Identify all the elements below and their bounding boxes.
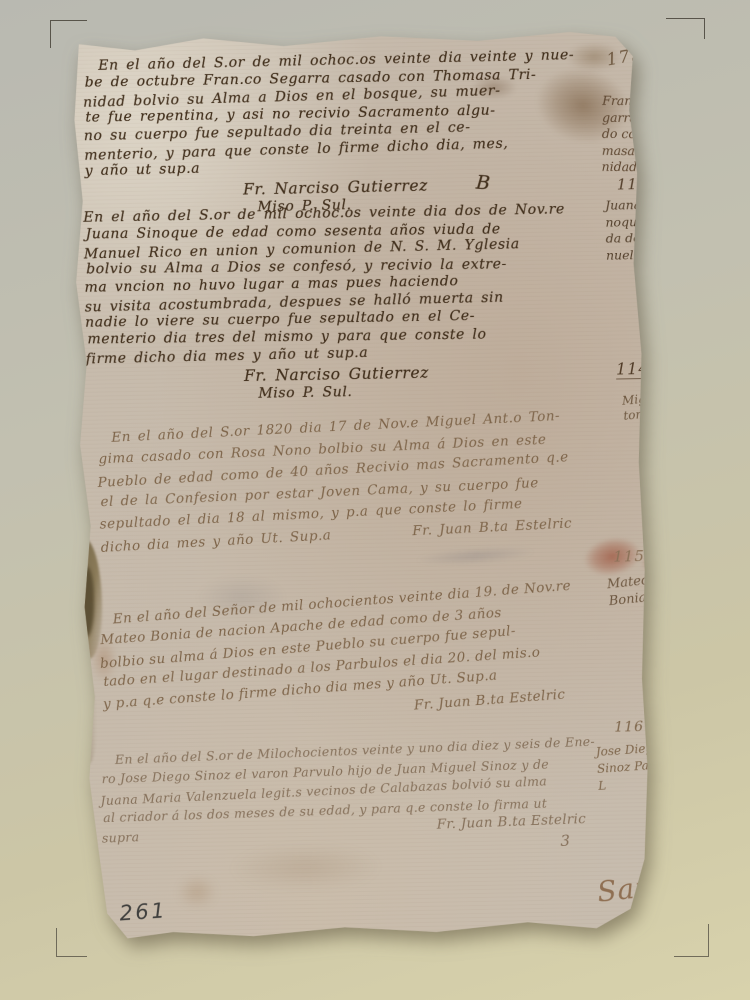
burial-entry-5: En el año del S.or de Milochocientos vei… <box>99 732 599 869</box>
margin-note: Mateo — Bonia. <box>606 570 668 610</box>
entry-number: 115 <box>613 547 645 566</box>
margin-note: Miguel An tonio Ton.o <box>621 388 691 424</box>
priest-name: Fr. Narciso Gutierrez <box>244 363 429 384</box>
santa-flourish: Santa <box>596 867 686 909</box>
margin-note-line: garra casa <box>602 109 672 126</box>
margin-note-line: noque viu <box>605 213 667 231</box>
crop-mark-bottom-right <box>674 924 709 957</box>
red-stain <box>641 553 667 573</box>
parchment-sheet: En el año del S.or de mil ochoc.os veint… <box>66 29 654 941</box>
entry-number: 116 <box>614 719 644 736</box>
margin-note: Fran.co Se garra casa do con Tho masa Tr… <box>602 93 673 176</box>
page-number-pencil: 261 <box>119 898 168 925</box>
margin-note-line: da de Ma <box>606 230 668 248</box>
foxing-spot <box>177 875 218 910</box>
burial-entry-2: En el año del S.or de mil ochoc.os veint… <box>83 201 616 407</box>
edge-damage <box>75 679 96 764</box>
bleed-through-smudge <box>415 544 536 568</box>
margin-note-line: masa Tri <box>602 142 672 159</box>
margin-note-line: nidad. <box>602 159 672 176</box>
margin-note-line: Fran.co Se <box>602 93 672 110</box>
scan-backdrop: En el año del S.or de mil ochoc.os veint… <box>0 0 750 1000</box>
margin-note-line: nuel Rico <box>606 246 668 264</box>
signature-rubric: B <box>475 174 491 193</box>
entry-number: 113 <box>617 175 649 194</box>
margin-note: Jose Diego Sinoz Parb.o L <box>595 739 675 795</box>
burial-entry-1: En el año del S.or de mil ochoc.os veint… <box>82 46 616 220</box>
crop-mark-top-right <box>666 18 705 39</box>
burial-entry-3: En el año del S.or 1820 dia 17 de Nov.e … <box>95 406 573 558</box>
flourish-swash <box>609 910 680 928</box>
signature-rubric: 3 <box>560 830 599 851</box>
edge-damage <box>77 567 94 637</box>
priest-name: Fr. Narciso Gutierrez <box>243 176 428 198</box>
margin-note: Juana Si noque viu da de Ma nuel Rico <box>605 197 668 264</box>
margin-note-line: Miguel An <box>621 388 690 409</box>
margin-note-line: do con Tho <box>602 126 672 143</box>
manuscript-page: En el año del S.or de mil ochoc.os veint… <box>66 29 654 941</box>
entry-number: 114 <box>616 359 650 380</box>
margin-note-line: Juana Si <box>605 197 667 215</box>
burial-entry-4: En el año del Señor de mil ochocientos v… <box>96 576 580 739</box>
